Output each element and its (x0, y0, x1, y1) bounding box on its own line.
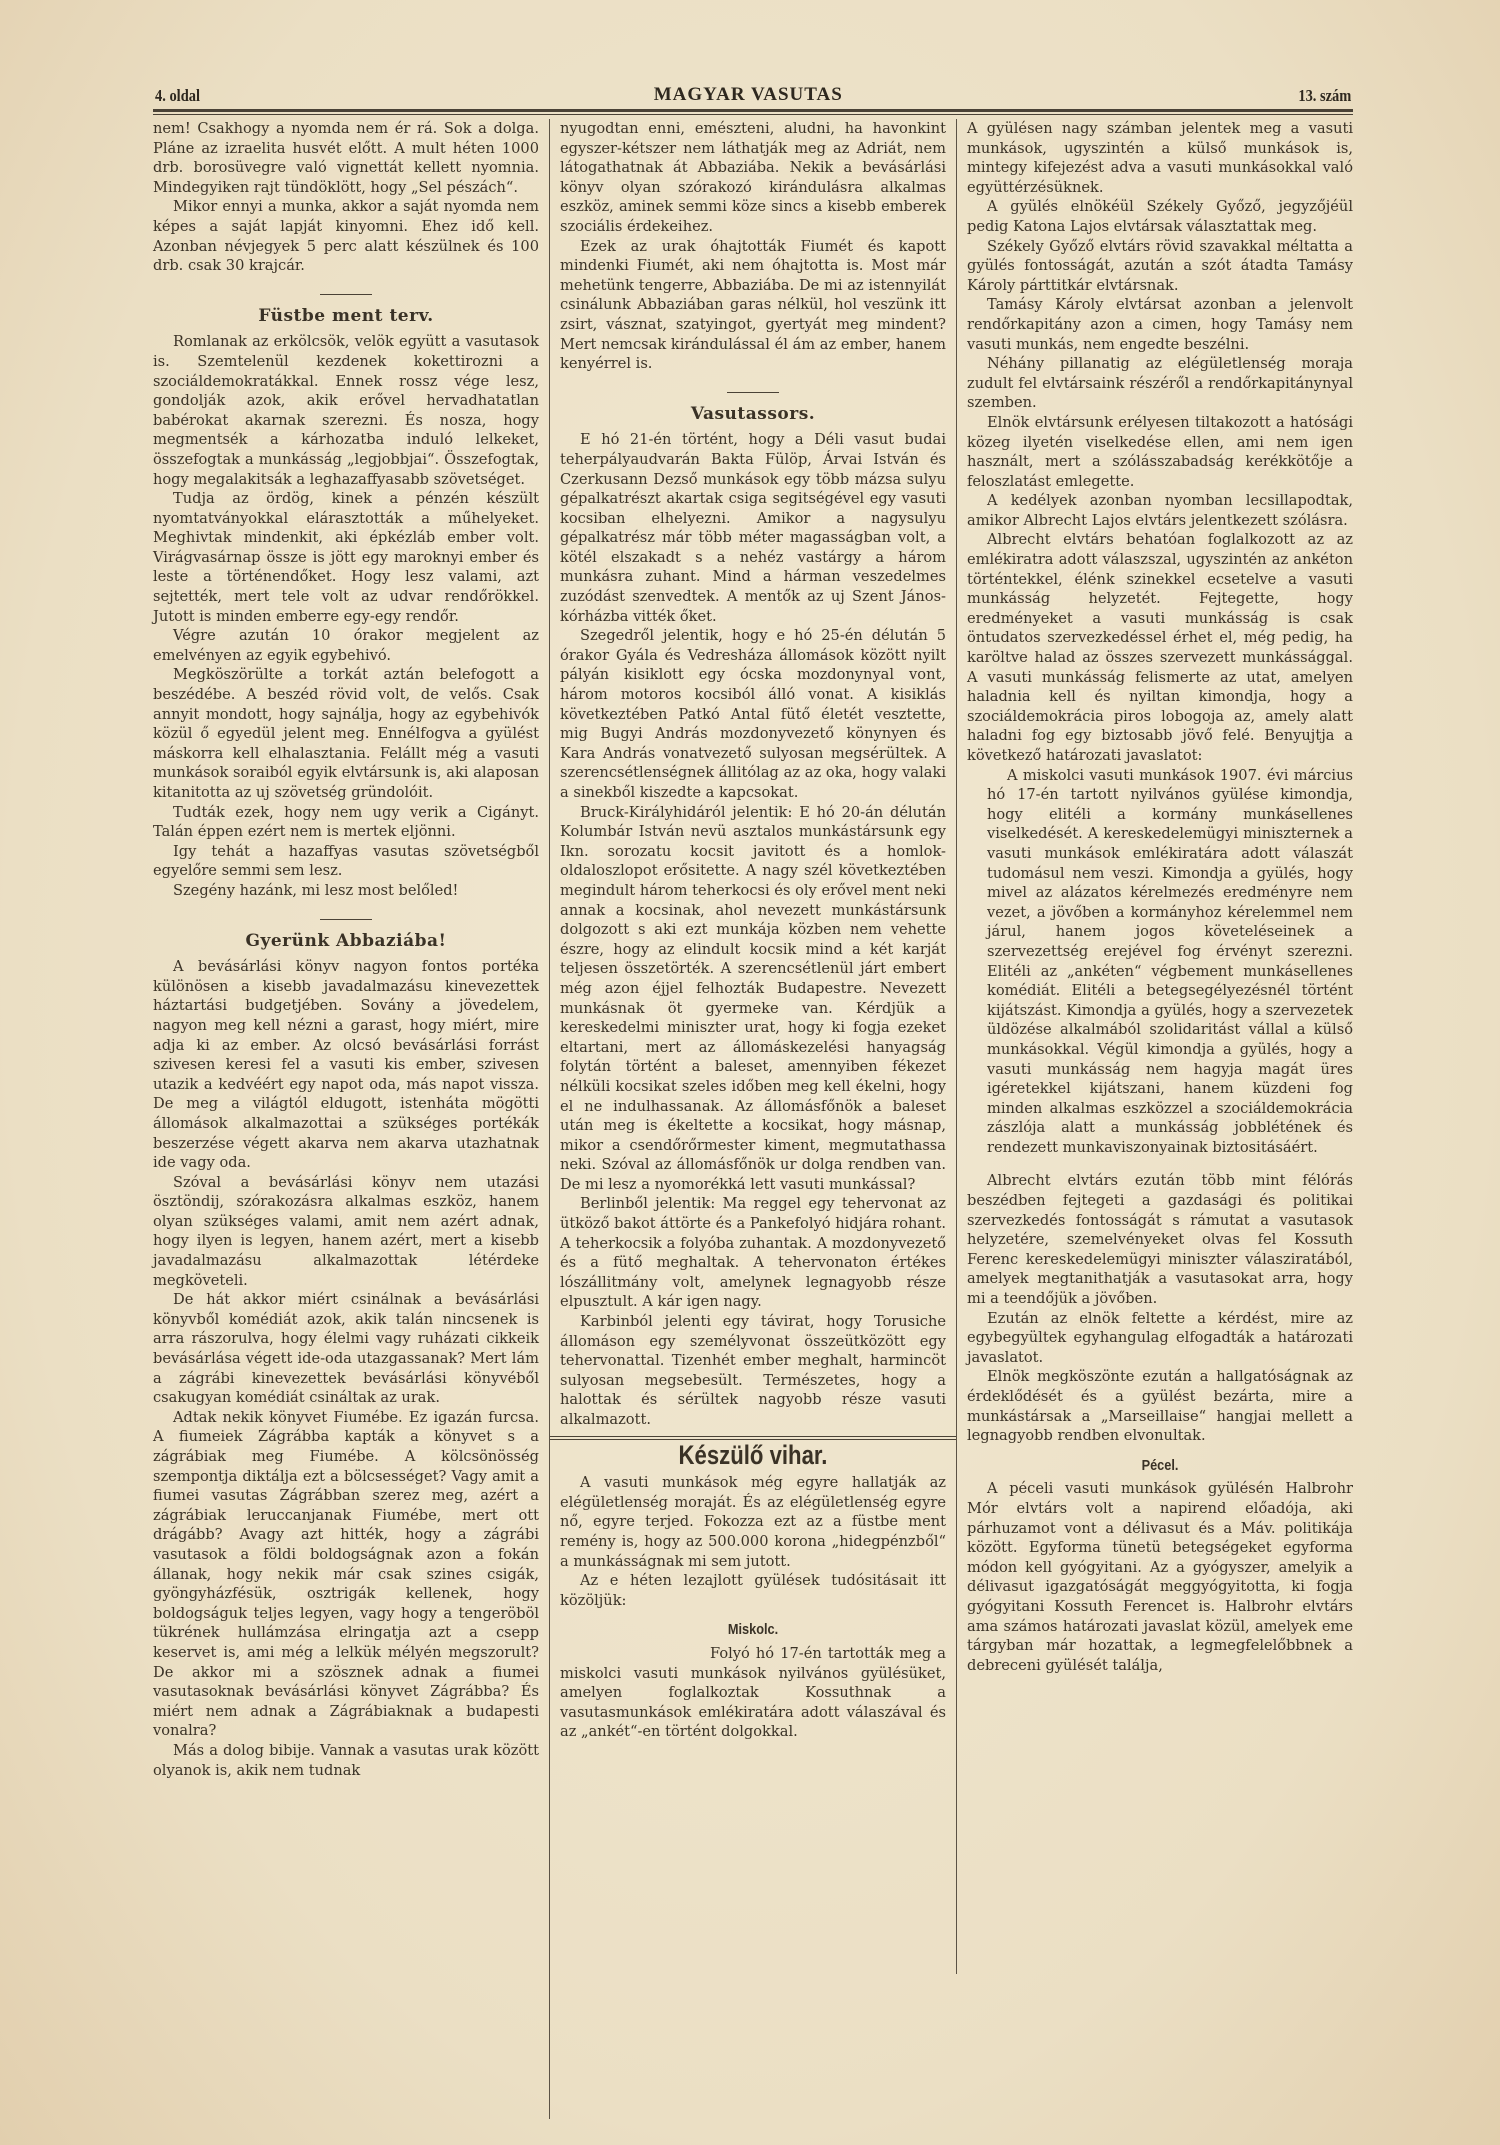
subsection-title: Pécel. (996, 1456, 1324, 1476)
spacer (967, 1157, 1353, 1171)
column-2: nyugodtan enni, emészteni, aludni, ha ha… (550, 119, 957, 1974)
paragraph: Néhány pillanatig az elégületlenség mora… (967, 354, 1353, 413)
paragraph: Tamásy Károly elvtársat azonban a jelenv… (967, 295, 1353, 354)
newspaper-page: 4. oldal MAGYAR VASUTAS 13. szám nem! Cs… (153, 84, 1353, 2119)
paragraph: A gyülés elnökéül Székely Győző, jegyzőj… (967, 197, 1353, 236)
paragraph: A bevásárlási könyv nagyon fontos porték… (153, 957, 539, 1173)
column-1: nem! Csakhogy a nyomda nem ér rá. Sok a … (153, 119, 550, 2119)
section-divider (320, 294, 372, 295)
subsection-title: Miskolc. (589, 1620, 917, 1640)
paragraph: Mikor ennyi a munka, akkor a saját nyomd… (153, 197, 539, 275)
issue-number: 13. szám (1298, 86, 1351, 106)
paragraph: Szóval a bevásárlási könyv nem utazási ö… (153, 1173, 539, 1291)
paragraph: Albrecht elvtárs behatóan foglalkozott a… (967, 530, 1353, 765)
paragraph: Bruck-Királyhidáról jelentik: E hó 20-án… (560, 803, 946, 1195)
paragraph: Tudták ezek, hogy nem ugy verik a Cigány… (153, 803, 539, 842)
paragraph: nem! Csakhogy a nyomda nem ér rá. Sok a … (153, 119, 539, 197)
paragraph: Végre azután 10 órakor megjelent az emel… (153, 626, 539, 665)
paragraph: Szegény hazánk, mi lesz most belőled! (153, 881, 539, 901)
page-number: 4. oldal (155, 86, 200, 106)
paragraph: A gyülésen nagy számban jelentek meg a v… (967, 119, 1353, 197)
paragraph: Folyó hó 17-én tartották meg a miskolci … (560, 1644, 946, 1742)
section-divider (320, 919, 372, 920)
masthead: 4. oldal MAGYAR VASUTAS 13. szám (153, 84, 1353, 109)
paragraph: E hó 21-én történt, hogy a Déli vasut bu… (560, 430, 946, 626)
article-title: Füstbe ment terv. (153, 307, 539, 327)
paragraph: Ezek az urak óhajtották Fiumét és kapott… (560, 237, 946, 374)
article-title: Gyerünk Abbaziába! (153, 932, 539, 952)
paragraph: Elnök elvtársunk erélyesen tiltakozott a… (967, 413, 1353, 491)
paragraph: Székely Győző elvtárs rövid szavakkal mé… (967, 237, 1353, 296)
paragraph: Berlinből jelentik: Ma reggel egy teherv… (560, 1194, 946, 1312)
paragraph: A vasuti munkások még egyre hallatják az… (560, 1473, 946, 1571)
paragraph: Tudja az ördög, kinek a pénzén készült n… (153, 489, 539, 626)
paragraph: Romlanak az erkölcsök, velök együtt a va… (153, 332, 539, 489)
paragraph: Az e héten lezajlott gyülések tudósitása… (560, 1571, 946, 1610)
section-divider (727, 392, 779, 393)
paragraph: Szegedről jelentik, hogy e hó 25-én délu… (560, 626, 946, 802)
paragraph: Igy tehát a hazaffyas vasutas szövetségb… (153, 842, 539, 881)
resolution-text: A miskolci vasuti munkások 1907. évi már… (987, 766, 1353, 1158)
paragraph: A péceli vasuti munkások gyülésén Halbro… (967, 1479, 1353, 1675)
paragraph: Albrecht elvtárs ezután több mint félórá… (967, 1171, 1353, 1308)
resolution-block: A miskolci vasuti munkások 1907. évi már… (967, 766, 1353, 1158)
paragraph: Elnök megköszönte ezután a hallgatóságna… (967, 1367, 1353, 1445)
article-title: Készülő vihar. (595, 1446, 912, 1466)
newspaper-title: MAGYAR VASUTAS (654, 84, 843, 106)
paragraph: Karbinból jelenti egy távirat, hogy Toru… (560, 1312, 946, 1430)
columns: nem! Csakhogy a nyomda nem ér rá. Sok a … (153, 119, 1353, 2119)
column-3: A gyülésen nagy számban jelentek meg a v… (957, 119, 1353, 1675)
paragraph: A kedélyek azonban nyomban lecsillapodta… (967, 491, 1353, 530)
paragraph: Más a dolog bibije. Vannak a vasutas ura… (153, 1741, 539, 1780)
paragraph: nyugodtan enni, emészteni, aludni, ha ha… (560, 119, 946, 237)
paragraph: Ezután az elnök feltette a kérdést, mire… (967, 1309, 1353, 1368)
paragraph: Adtak nekik könyvet Fiumébe. Ez igazán f… (153, 1408, 539, 1741)
masthead-rule (153, 109, 1353, 115)
paragraph: De hát akkor miért csinálnak a bevásárlá… (153, 1290, 539, 1408)
article-title: Vasutassors. (560, 405, 946, 425)
paragraph: Megköszörülte a torkát aztán belefogott … (153, 665, 539, 802)
